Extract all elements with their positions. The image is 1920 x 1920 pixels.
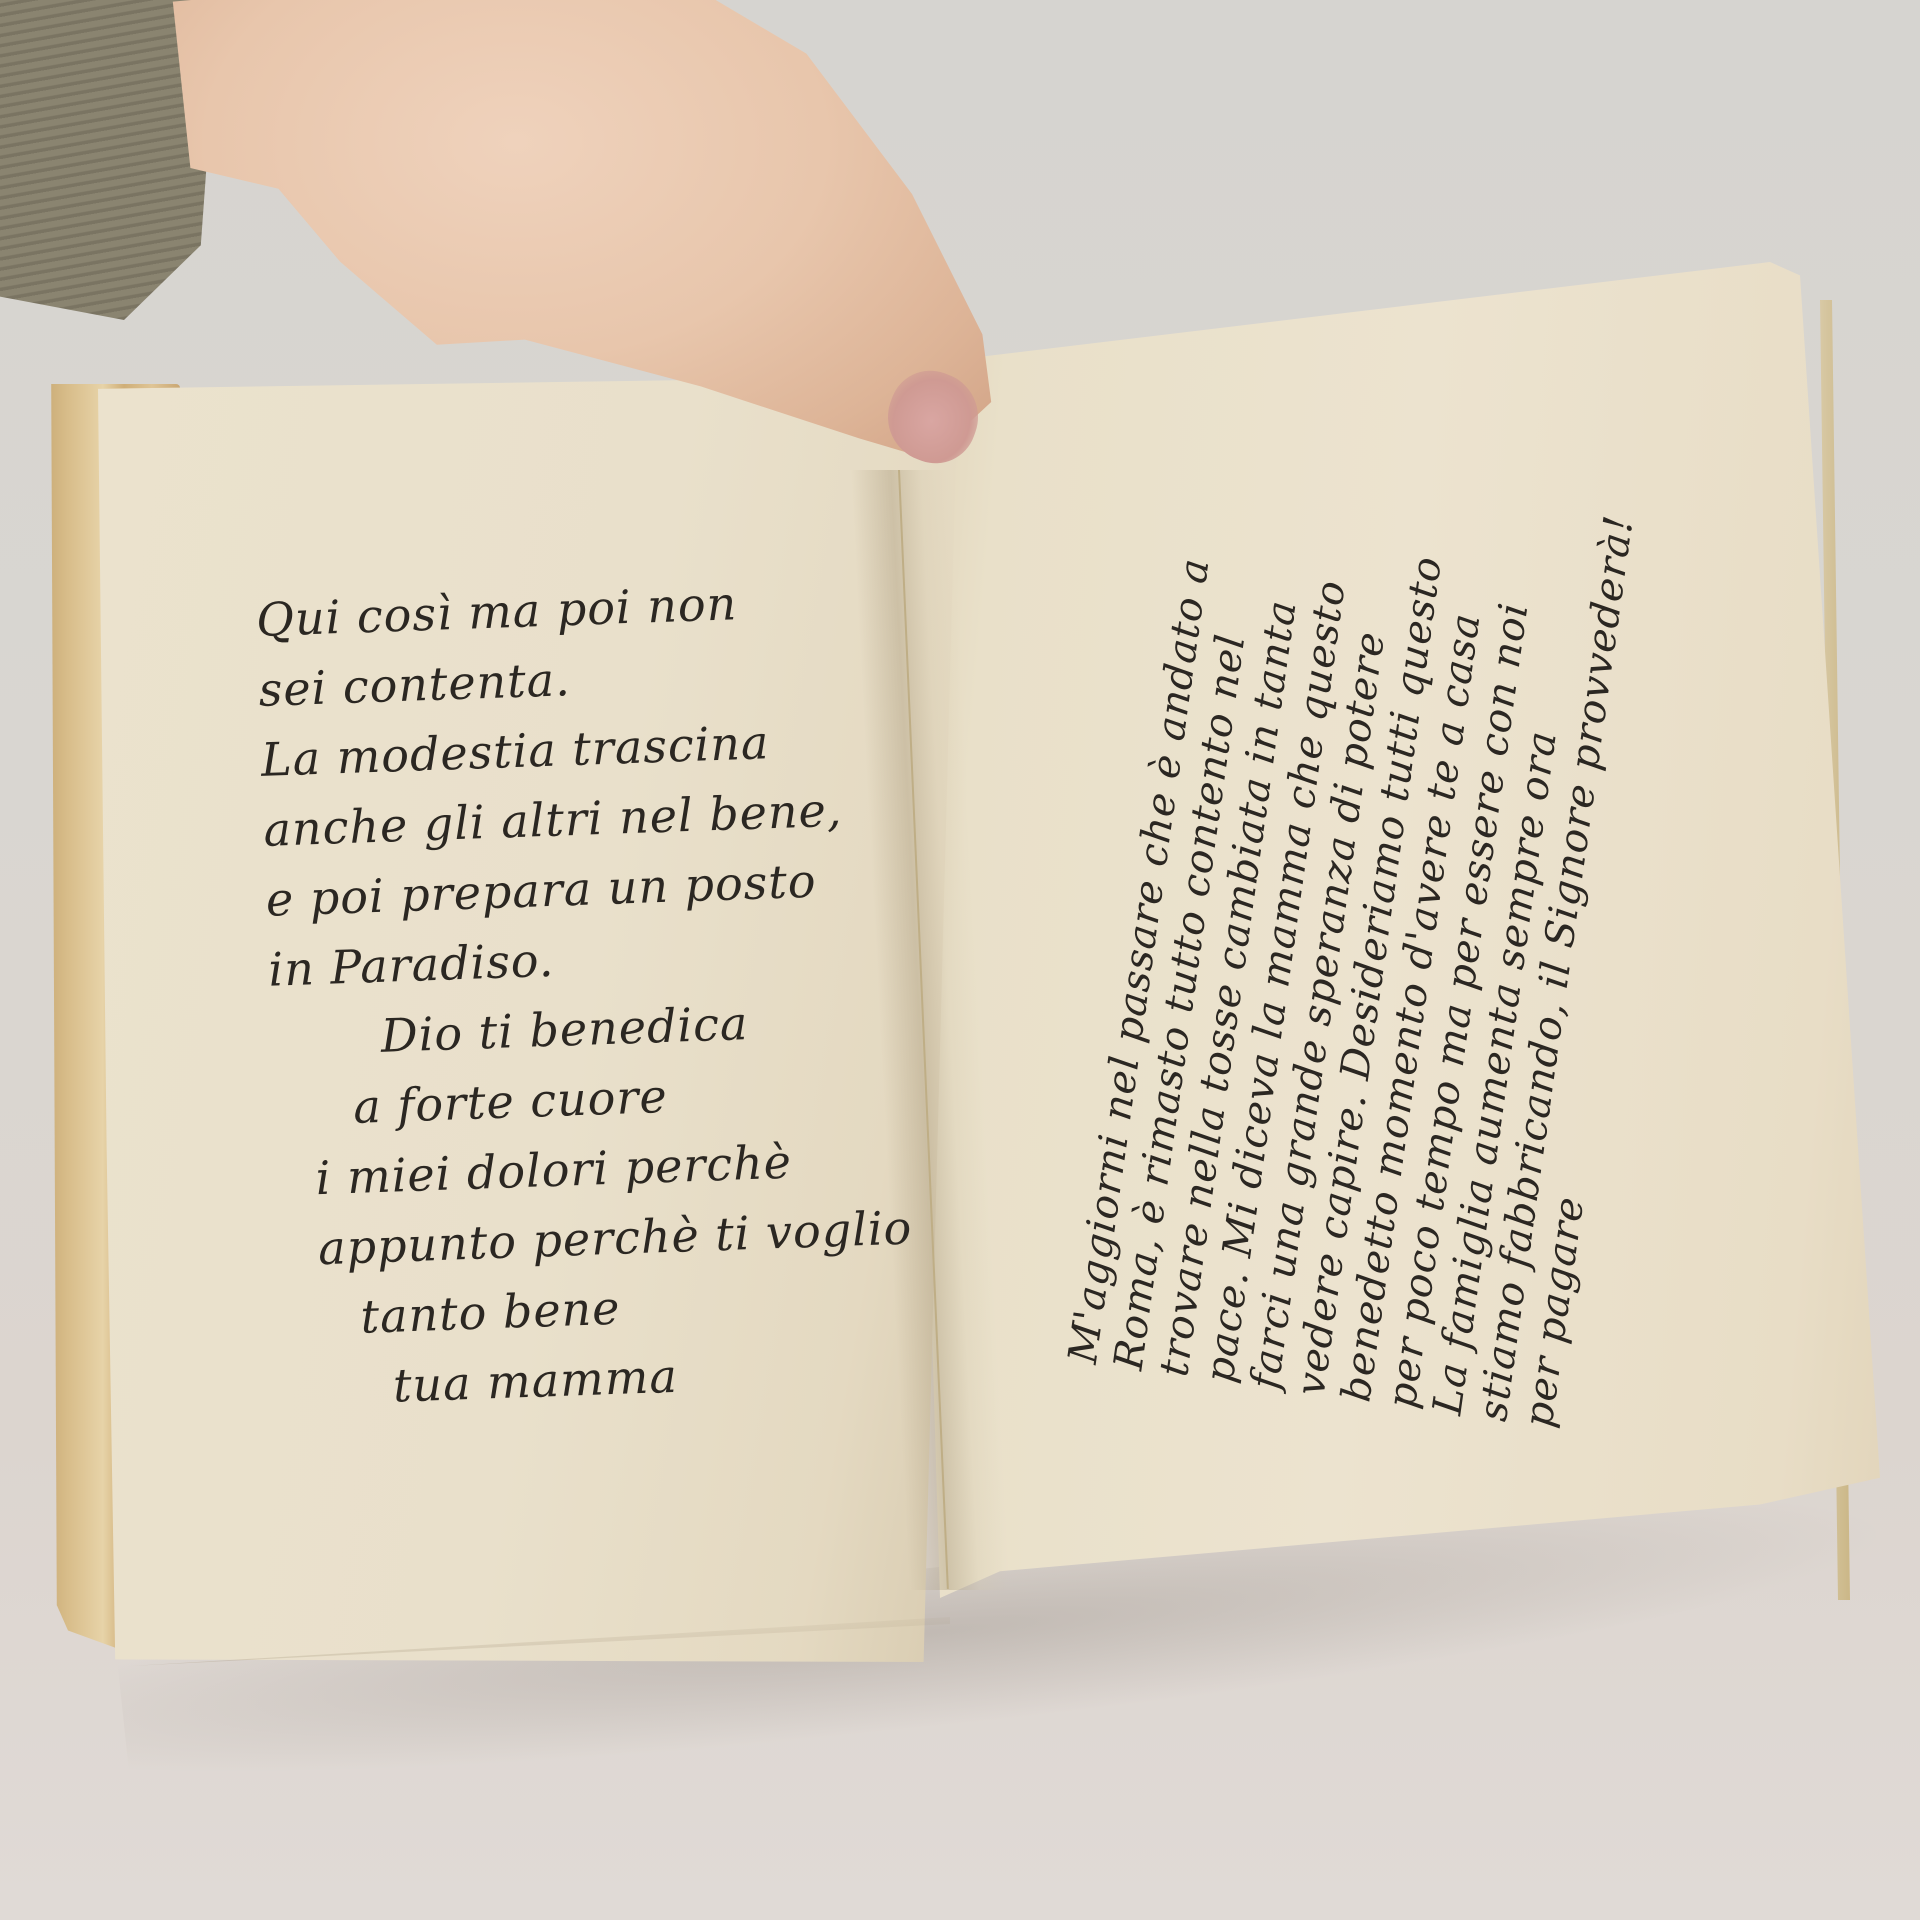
left-page-handwriting: Qui così ma poi non sei contenta. La mod…: [255, 564, 884, 1424]
photo-scene: Qui così ma poi non sei contenta. La mod…: [0, 0, 1920, 1920]
